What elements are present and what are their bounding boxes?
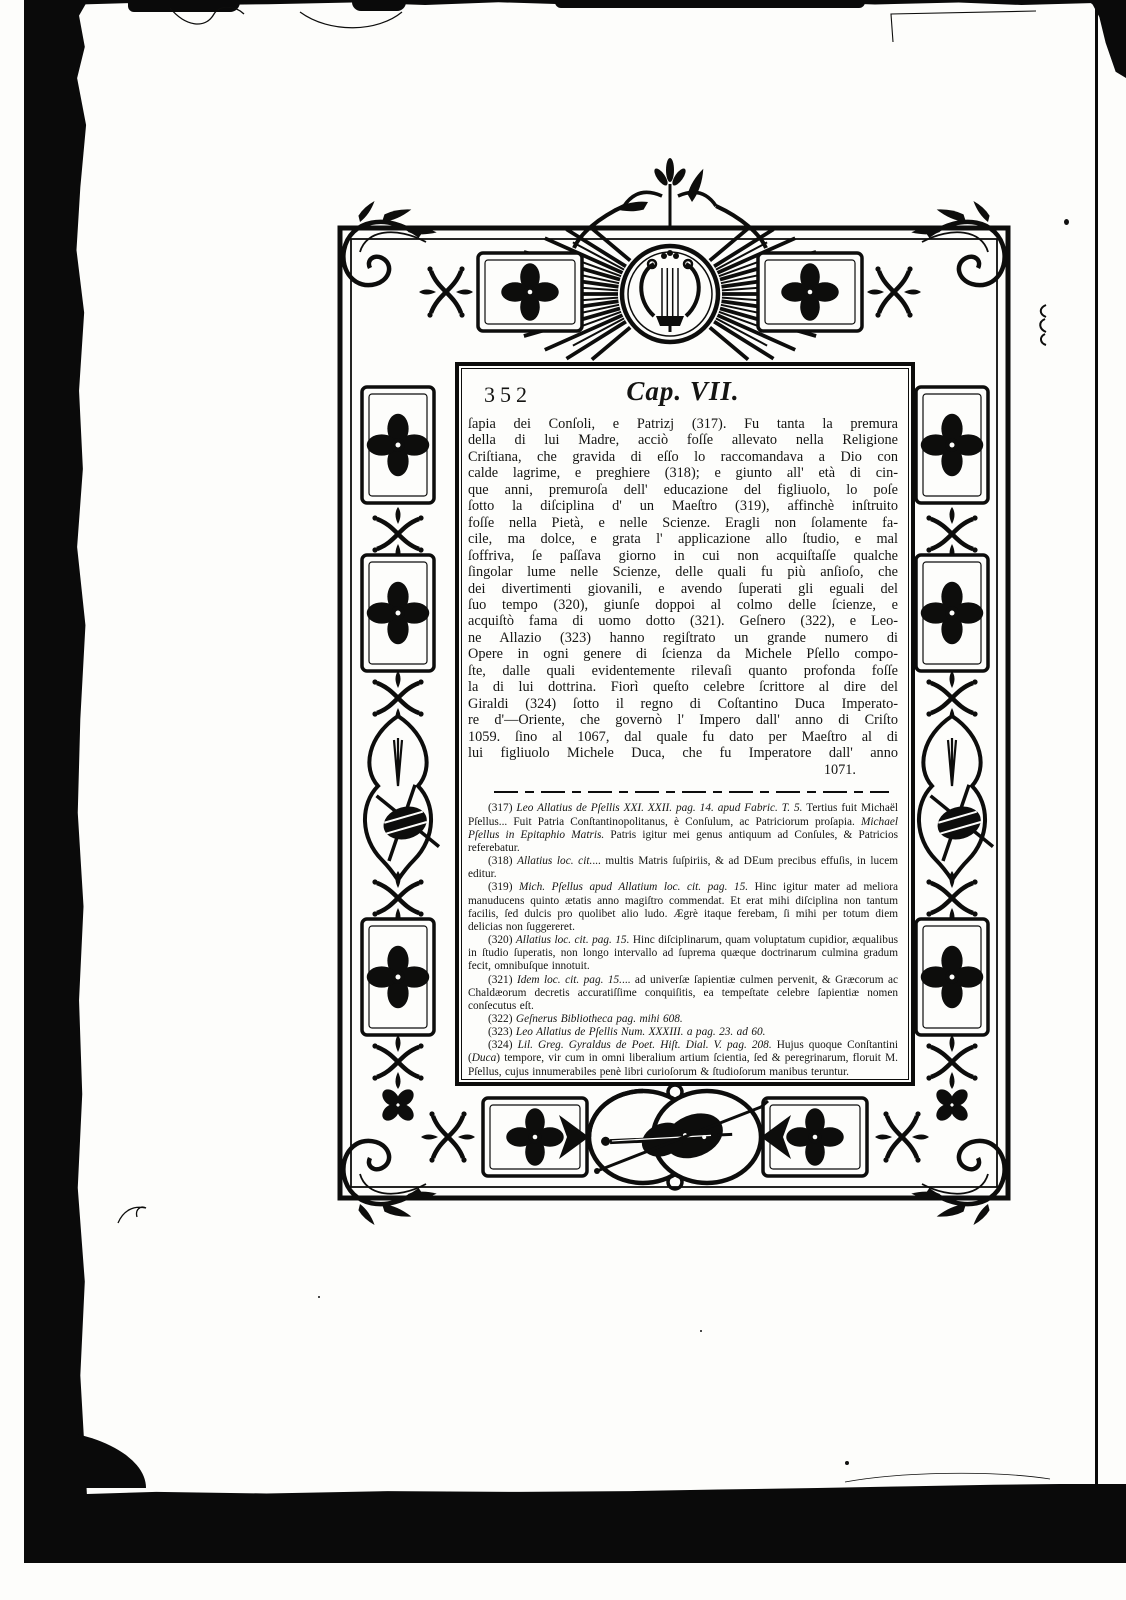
body-text-line: acquiſtò fama di uomo dotto (321). Geſne… — [468, 613, 898, 629]
body-text-line: ſingolar lume nelle Scienze, delle quali… — [468, 564, 898, 580]
body-text-line: Criſtiana, che gravida di eſſo lo raccom… — [468, 449, 898, 465]
book-page-scan: 352 Cap. VII. ſapia dei Conſoli, e Patri… — [0, 0, 1126, 1600]
body-text-line: della di lui Madre, acciò foſſe allevato… — [468, 432, 898, 448]
footnote-322: (322) Geſnerus Bibliotheca pag. mihi 608… — [468, 1013, 898, 1026]
body-text-line: ſotto la diſciplina d' un Maeſtro (319),… — [468, 498, 898, 514]
footnote-319: (319) Mich. Pſellus apud Allatium loc. c… — [468, 881, 898, 934]
body-text-line: cile, ma dolce, e grata l' applicazione … — [468, 531, 898, 547]
footnote-317: (317) Leo Allatius de Pſellis XXI. XXII.… — [468, 802, 898, 855]
body-text-line: que anni, premuroſa dell' educazione del… — [468, 482, 898, 498]
footnote-321: (321) Idem loc. cit. pag. 15.... ad univ… — [468, 974, 898, 1013]
footnote-separator-rule — [494, 791, 890, 794]
body-text-line: calde lagrime, e preghiere (318); e giun… — [468, 465, 898, 481]
body-text-line: dei divertimenti giovanili, e avendo ſup… — [468, 581, 898, 597]
page-text-block: 352 Cap. VII. ſapia dei Conſoli, e Patri… — [468, 372, 898, 1079]
body-text-line: ſuo tempo (320), giunſe doppoi al colmo … — [468, 597, 898, 613]
body-text-line: Giraldi (324) ſotto il regno di Coſtanti… — [468, 696, 898, 712]
body-text-line: ſoffriva, ſe paſſava giorno in cui non a… — [468, 548, 898, 564]
scratch — [300, 12, 402, 28]
scratch — [170, 7, 244, 24]
footnote-320: (320) Allatius loc. cit. pag. 15. Hinc d… — [468, 934, 898, 973]
footnote-318: (318) Allatius loc. cit.... multis Matri… — [468, 855, 898, 881]
body-text-line: ſapia dei Conſoli, e Patrizj (317). Fu t… — [468, 416, 898, 432]
pen-mark — [118, 1207, 146, 1223]
body-text-line: foſſe nella Pietà, e nelle Scienze. Erag… — [468, 515, 898, 531]
body-text-line: la di lui dottrina. Fiorì queſto celebre… — [468, 679, 898, 695]
footnote-323: (323) Leo Allatius de Pſellis Num. XXXII… — [468, 1026, 898, 1039]
body-text-line: re d'—Oriente, che governò l' Impero dal… — [468, 712, 898, 728]
body-text-line: lui figliuolo Michele Duca, che fu Imper… — [468, 745, 898, 761]
violin-cartouche-icon — [559, 1085, 791, 1189]
footnote-324: (324) Lil. Greg. Gyraldus de Poet. Hiſt.… — [468, 1039, 898, 1078]
scratch — [891, 11, 1036, 42]
page-number: 352 — [484, 382, 532, 408]
body-text-line: Opere in ogni genere di ſcienza da Miche… — [468, 646, 898, 662]
body-text: ſapia dei Conſoli, e Patrizj (317). Fu t… — [468, 416, 898, 762]
body-text-line: 1059. ſino al 1067, dal quale fu dato pe… — [468, 729, 898, 745]
crest-finial-icon — [574, 158, 766, 248]
body-final-line: 1071. — [468, 762, 898, 778]
body-text-line: ſte, dalle quali evidentemente rilevaſi … — [468, 663, 898, 679]
fold-line — [845, 1473, 1050, 1482]
footnotes: (317) Leo Allatius de Pſellis XXI. XXII.… — [468, 802, 898, 1078]
chapter-heading: Cap. VII. — [468, 372, 898, 407]
body-text-line: ne Allazio (323) hanno regiſtrato un gra… — [468, 630, 898, 646]
lyre-medallion-icon — [622, 246, 718, 342]
